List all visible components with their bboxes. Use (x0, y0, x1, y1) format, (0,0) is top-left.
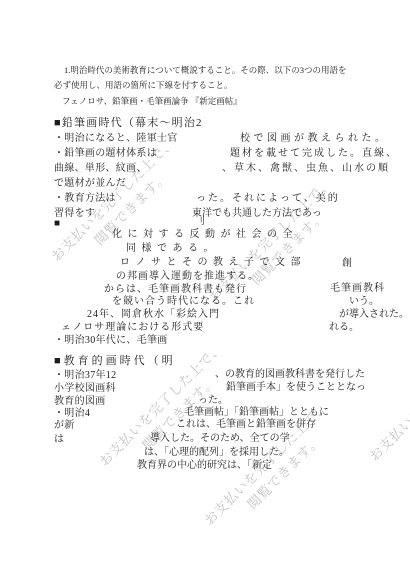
text-line: 、草木、禽獣、虫魚、山水の順 (222, 163, 390, 174)
text-line: ■鉛筆画時代（幕末〜明治2 (54, 117, 203, 129)
text-line: 教育界の中心的研究は、「新定 (137, 460, 272, 471)
text-line: は (54, 434, 64, 445)
text-line: 小学校図画科 (54, 383, 116, 394)
text-line: 曲線、単形、紋画、 (54, 163, 147, 174)
text-line: ェノロサ理論における形式要 (61, 322, 204, 333)
text-line: ロノサとその教え子で文部 (120, 257, 306, 268)
text-line: 刂 (196, 217, 205, 227)
text-line: 同様である。 (126, 243, 219, 254)
text-line: 東洋でも共通した方法であっ (192, 208, 322, 219)
text-line: 導入した。そのため、全ての学 (150, 433, 290, 444)
text-line: が新 (54, 420, 75, 431)
text-line: 必ず使用し、用語の箇所に下線を付すること。 (54, 81, 233, 90)
text-line: 、の教育的図画教科書を発行した (215, 369, 365, 380)
text-line: いう。 (349, 296, 379, 307)
text-line: これは、毛筆画と鉛筆画を併存 (176, 419, 316, 430)
text-line: れる。 (329, 322, 359, 333)
document-preview-page: お支払いを完了した上で、閲覧できます。お支払いを完了した上で、閲覧できます。お支… (0, 0, 410, 580)
text-line: ・教育方法は (54, 193, 116, 204)
text-line: からは、毛筆画教科書も発行 (104, 284, 247, 295)
text-line: 化に対する反動が社会の全 (112, 229, 298, 240)
text-line: った。 (198, 395, 228, 406)
text-line: 習得をす (54, 208, 95, 219)
text-line: を競い合う時代になる。これ (112, 296, 255, 307)
text-line: で題材が並んだ (54, 178, 126, 189)
text-line: ・鉛筆画の題材体系は (54, 148, 157, 159)
text-line: 24年、岡倉秋水「彩絵入門 (87, 309, 220, 320)
document-text-layer: 1.明治時代の美術教育について概説すること。その際、以下の3つの用語を必ず使用し… (0, 0, 410, 580)
text-line: ・明治30年代に、毛筆画 (54, 335, 168, 346)
text-line: 毛筆画教科 (330, 283, 385, 294)
text-line: ■教育的画時代（明 (54, 355, 176, 367)
text-line: 校で図画が教えられた。 (240, 133, 389, 144)
text-line: 題材を載せて完成した。直線、 (230, 148, 398, 159)
text-line: 創 (342, 258, 352, 269)
text-line: 毛筆画帖」「鉛筆画帖」とともに (184, 407, 329, 418)
text-line: ■ (54, 218, 60, 229)
text-line: が導入された。 (339, 309, 409, 320)
text-line: った。それによって、美的 (196, 193, 340, 204)
text-line: ・明治になると、陸軍士官 (54, 133, 178, 144)
text-line: ・明治37年12 (54, 370, 116, 381)
text-line: 鉛筆画手本」を使うこととなっ (226, 382, 366, 393)
text-line: ・明治4 (54, 408, 90, 419)
text-line: は、「心理的配列」を採用した。 (144, 447, 289, 458)
text-line: 教育的図画 (54, 396, 106, 407)
text-line: 1.明治時代の美術教育について概説すること。その際、以下の3つの用語を (64, 66, 346, 75)
text-line: の邦画導入運動を推進する。 (116, 271, 259, 282)
text-line: フェノロサ、鉛筆画・毛筆画論争 『新定画帖』 (62, 97, 242, 106)
